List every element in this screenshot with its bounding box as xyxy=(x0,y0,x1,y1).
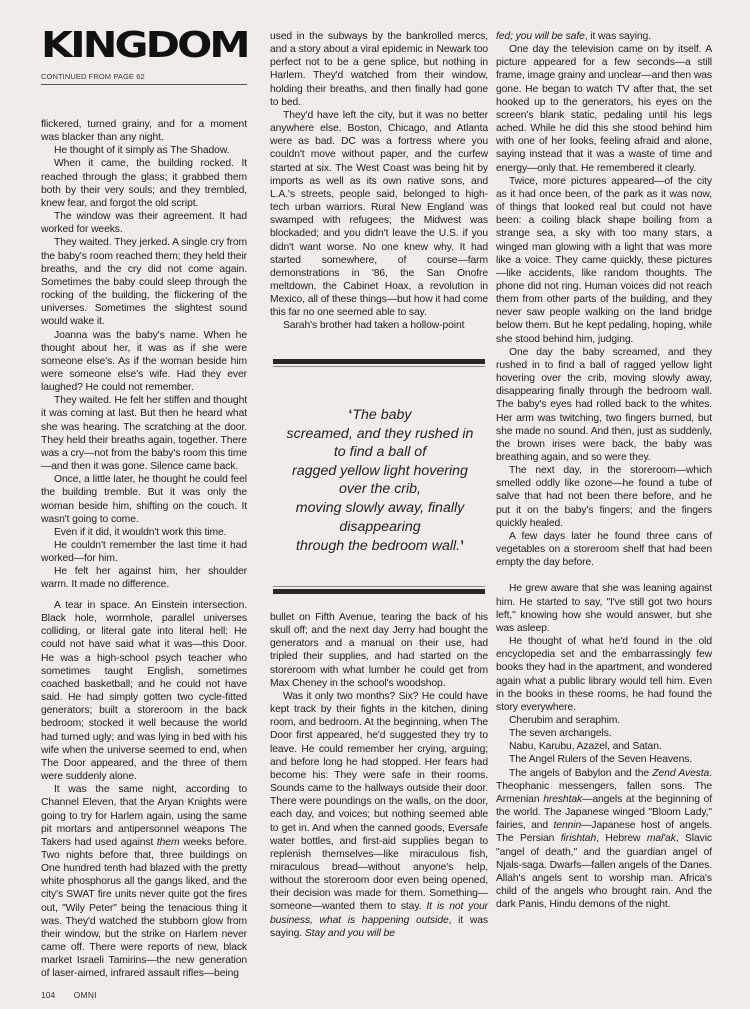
paragraph: fed; you will be safe, it was saying. xyxy=(496,30,712,43)
pullquote-top-rule xyxy=(273,359,485,364)
magazine-name: OMNI xyxy=(74,990,97,1000)
italic-text: fed; you will be safe xyxy=(496,31,585,42)
paragraph: Was it only two months? Six? He could ha… xyxy=(270,690,488,940)
paragraph: Twice, more pictures appeared—of the cit… xyxy=(496,175,712,346)
paragraph: He thought of it simply as The Shadow. xyxy=(41,144,247,157)
paragraph: flickered, turned grainy, and for a mome… xyxy=(41,118,247,144)
paragraph: The next day, in the storeroom—which sme… xyxy=(496,464,712,530)
paragraph: A tear in space. An Einstein intersectio… xyxy=(41,599,247,783)
paragraph: Joanna was the baby's name. When he thou… xyxy=(41,329,247,395)
paragraph: One day the baby screamed, and they rush… xyxy=(496,346,712,464)
list-item: The seven archangels. xyxy=(496,727,712,740)
paragraph: Even if it did, it wouldn't work this ti… xyxy=(41,526,247,539)
pullquote-line: ragged yellow light hovering xyxy=(272,462,488,481)
paragraph: He couldn't remember the last time it ha… xyxy=(41,539,247,565)
paragraph: When it came, the building rocked. It re… xyxy=(41,157,247,210)
paragraph: The window was their agreement. It had w… xyxy=(41,210,247,236)
list-item: Nabu, Karubu, Azazel, and Satan. xyxy=(496,740,712,753)
list-item: The Angel Rulers of the Seven Heavens. xyxy=(496,753,712,766)
column-2-lower: bullet on Fifth Avenue, tearing the back… xyxy=(270,611,488,940)
close-quote-icon: ’ xyxy=(460,537,464,553)
paragraph: Once, a little later, he thought he coul… xyxy=(41,473,247,526)
column-2-upper: used in the subways by the bankrolled me… xyxy=(270,30,488,333)
paragraph-text: weeks before. Two nights before that, th… xyxy=(41,837,247,980)
header-divider xyxy=(41,84,247,85)
paragraph: He felt her against him, her shoulder wa… xyxy=(41,565,247,591)
paragraph: They waited. He felt her stiffen and tho… xyxy=(41,394,247,473)
paragraph: A few days later he found three cans of … xyxy=(496,530,712,569)
paragraph: They waited. They jerked. A single cry f… xyxy=(41,236,247,328)
paragraph: He grew aware that she was leaning again… xyxy=(496,582,712,635)
pullquote-bottom-rule xyxy=(273,589,485,594)
column-1-upper: flickered, turned grainy, and for a mome… xyxy=(41,118,247,592)
page-folio: 104 OMNI xyxy=(41,990,97,1000)
italic-text: them xyxy=(157,837,180,848)
pullquote-line: disappearing xyxy=(272,518,488,537)
paragraph: bullet on Fifth Avenue, tearing the back… xyxy=(270,611,488,690)
pullquote-line: screamed, and they rushed in xyxy=(272,425,488,444)
list-item: Cherubim and seraphim. xyxy=(496,714,712,727)
pullquote-bottom-hairline xyxy=(273,586,485,587)
column-1-lower: A tear in space. An Einstein intersectio… xyxy=(41,599,247,981)
paragraph: He thought of what he'd found in the old… xyxy=(496,635,712,714)
paragraph: Sarah's brother had taken a hollow-point xyxy=(270,319,488,332)
pullquote-top-hairline xyxy=(273,366,485,367)
pullquote-line: over the crib, xyxy=(272,480,488,499)
page-number: 104 xyxy=(41,990,55,1000)
pullquote-line: to find a ball of xyxy=(272,443,488,462)
pullquote-line: ‘The baby xyxy=(272,405,488,425)
pullquote-line: moving slowly away, finally xyxy=(272,499,488,518)
article-title: KINGDOM xyxy=(41,28,248,64)
column-3: fed; you will be safe, it was saying. On… xyxy=(496,30,712,911)
paragraph: used in the subways by the bankrolled me… xyxy=(270,30,488,109)
italic-text: Stay and you will be xyxy=(305,928,395,939)
paragraph: It was the same night, according to Chan… xyxy=(41,783,247,980)
pullquote-line: through the bedroom wall.’ xyxy=(272,536,488,556)
paragraph: The angels of Babylon and the Zend Avest… xyxy=(496,767,712,912)
paragraph: They'd have left the city, but it was no… xyxy=(270,109,488,320)
paragraph: One day the television came on by itself… xyxy=(496,43,712,175)
continued-from-label: CONTINUED FROM PAGE 62 xyxy=(41,72,145,81)
pull-quote: ‘The baby screamed, and they rushed in t… xyxy=(272,405,488,556)
